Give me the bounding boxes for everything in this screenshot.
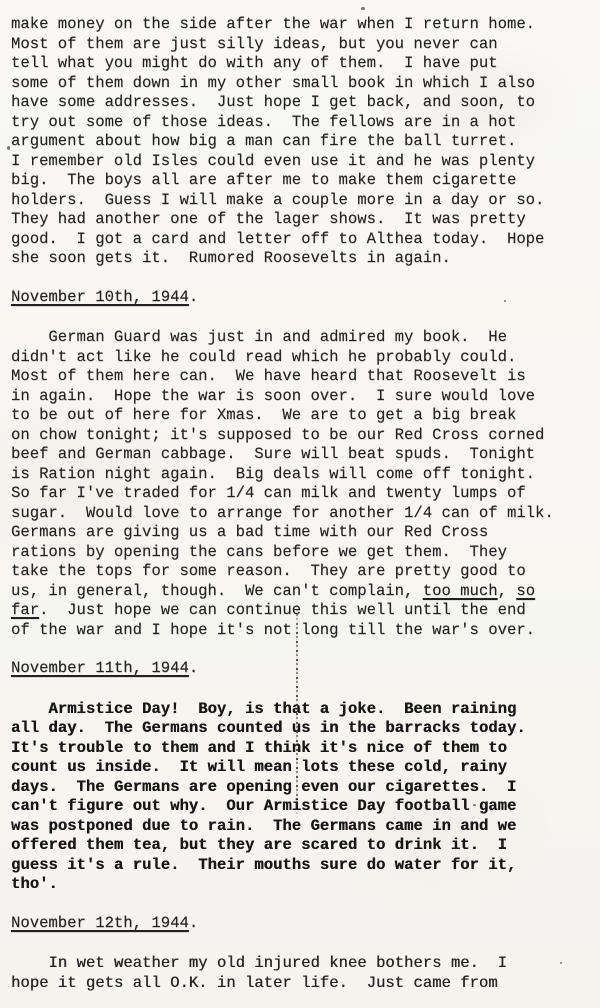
text-line: take the tops for some reason. They are … (11, 562, 590, 582)
entry-paragraph: German Guard was just in and admired my … (11, 328, 590, 640)
text-line: German Guard was just in and admired my … (11, 328, 590, 348)
entry-date-heading: November 11th, 1944. (11, 659, 590, 679)
text-line: beef and German cabbage. Sure will beat … (11, 445, 590, 465)
text-line: was postponed due to rain. The Germans c… (11, 817, 590, 837)
paper-speck (361, 7, 365, 10)
text-line: So far I've traded for 1/4 can milk and … (11, 484, 590, 504)
text-line: tho'. (11, 875, 590, 895)
text-line: count us inside. It will mean lots these… (11, 758, 590, 778)
document-page: make money on the side after the war whe… (0, 0, 600, 1008)
text-line: can't figure out why. Our Armistice Day … (11, 797, 590, 817)
text-line: Germans are giving us a bad time with ou… (11, 523, 590, 543)
text-line: offered them tea, but they are scared to… (11, 836, 590, 856)
paper-speck (560, 962, 562, 964)
text-line: she soon gets it. Rumored Roosevelts in … (11, 249, 590, 269)
text-line: us, in general, though. We can't complai… (11, 582, 590, 602)
text-line: hope it gets all O.K. in later life. Jus… (11, 974, 590, 994)
text-line: didn't act like he could read which he p… (11, 348, 590, 368)
text-line: holders. Guess I will make a couple more… (11, 191, 590, 211)
entry-date-underlined: November 10th, 1944 (11, 288, 189, 306)
text-line: on chow tonight; it's supposed to be our… (11, 426, 590, 446)
diary-text: make money on the side after the war whe… (11, 15, 590, 993)
text-line: all day. The Germans counted us in the b… (11, 719, 590, 739)
text-line: in again. Hope the war is soon over. I s… (11, 387, 590, 407)
text-line: Most of them here can. We have heard tha… (11, 367, 590, 387)
text-line: rations by opening the cans before we ge… (11, 543, 590, 563)
text-line: to be out of here for Xmas. We are to ge… (11, 406, 590, 426)
text-line: In wet weather my old injured knee bothe… (11, 954, 590, 974)
paper-speck (504, 300, 506, 302)
text-line: They had another one of the lager shows.… (11, 210, 590, 230)
text-line: It's trouble to them and I think it's ni… (11, 739, 590, 759)
text-line: guess it's a rule. Their mouths sure do … (11, 856, 590, 876)
text-line: good. I got a card and letter off to Alt… (11, 230, 590, 250)
entry-date-underlined: November 12th, 1944 (11, 914, 189, 932)
entry-paragraph: Armistice Day! Boy, is that a joke. Been… (11, 700, 590, 895)
text-line: Armistice Day! Boy, is that a joke. Been… (11, 700, 590, 720)
entry-paragraph: In wet weather my old injured knee bothe… (11, 954, 590, 993)
entry-date-underlined: November 11th, 1944 (11, 659, 189, 677)
text-line: sugar. Would love to arrange for another… (11, 504, 590, 524)
entry-date-heading: November 10th, 1944. (11, 288, 590, 308)
text-line: make money on the side after the war whe… (11, 15, 590, 35)
text-line: have some addresses. Just hope I get bac… (11, 93, 590, 113)
text-line: tell what you might do with any of them.… (11, 54, 590, 74)
text-line: days. The Germans are opening even our c… (11, 778, 590, 798)
text-line: far. Just hope we can continue this well… (11, 601, 590, 621)
text-line: big. The boys all are after me to make t… (11, 171, 590, 191)
text-line: try out some of those ideas. The fellows… (11, 113, 590, 133)
paper-speck (7, 146, 10, 150)
text-line: Most of them are just silly ideas, but y… (11, 35, 590, 55)
text-line: some of them down in my other small book… (11, 74, 590, 94)
text-line: is Ration night again. Big deals will co… (11, 465, 590, 485)
entry-paragraph: make money on the side after the war whe… (11, 15, 590, 269)
text-line: of the war and I hope it's not long till… (11, 621, 590, 641)
entry-date-heading: November 12th, 1944. (11, 914, 590, 934)
paper-crease (296, 596, 298, 822)
text-line: argument about how big a man can fire th… (11, 132, 590, 152)
text-line: I remember old Isles could even use it a… (11, 152, 590, 172)
paper-speck (473, 804, 476, 806)
